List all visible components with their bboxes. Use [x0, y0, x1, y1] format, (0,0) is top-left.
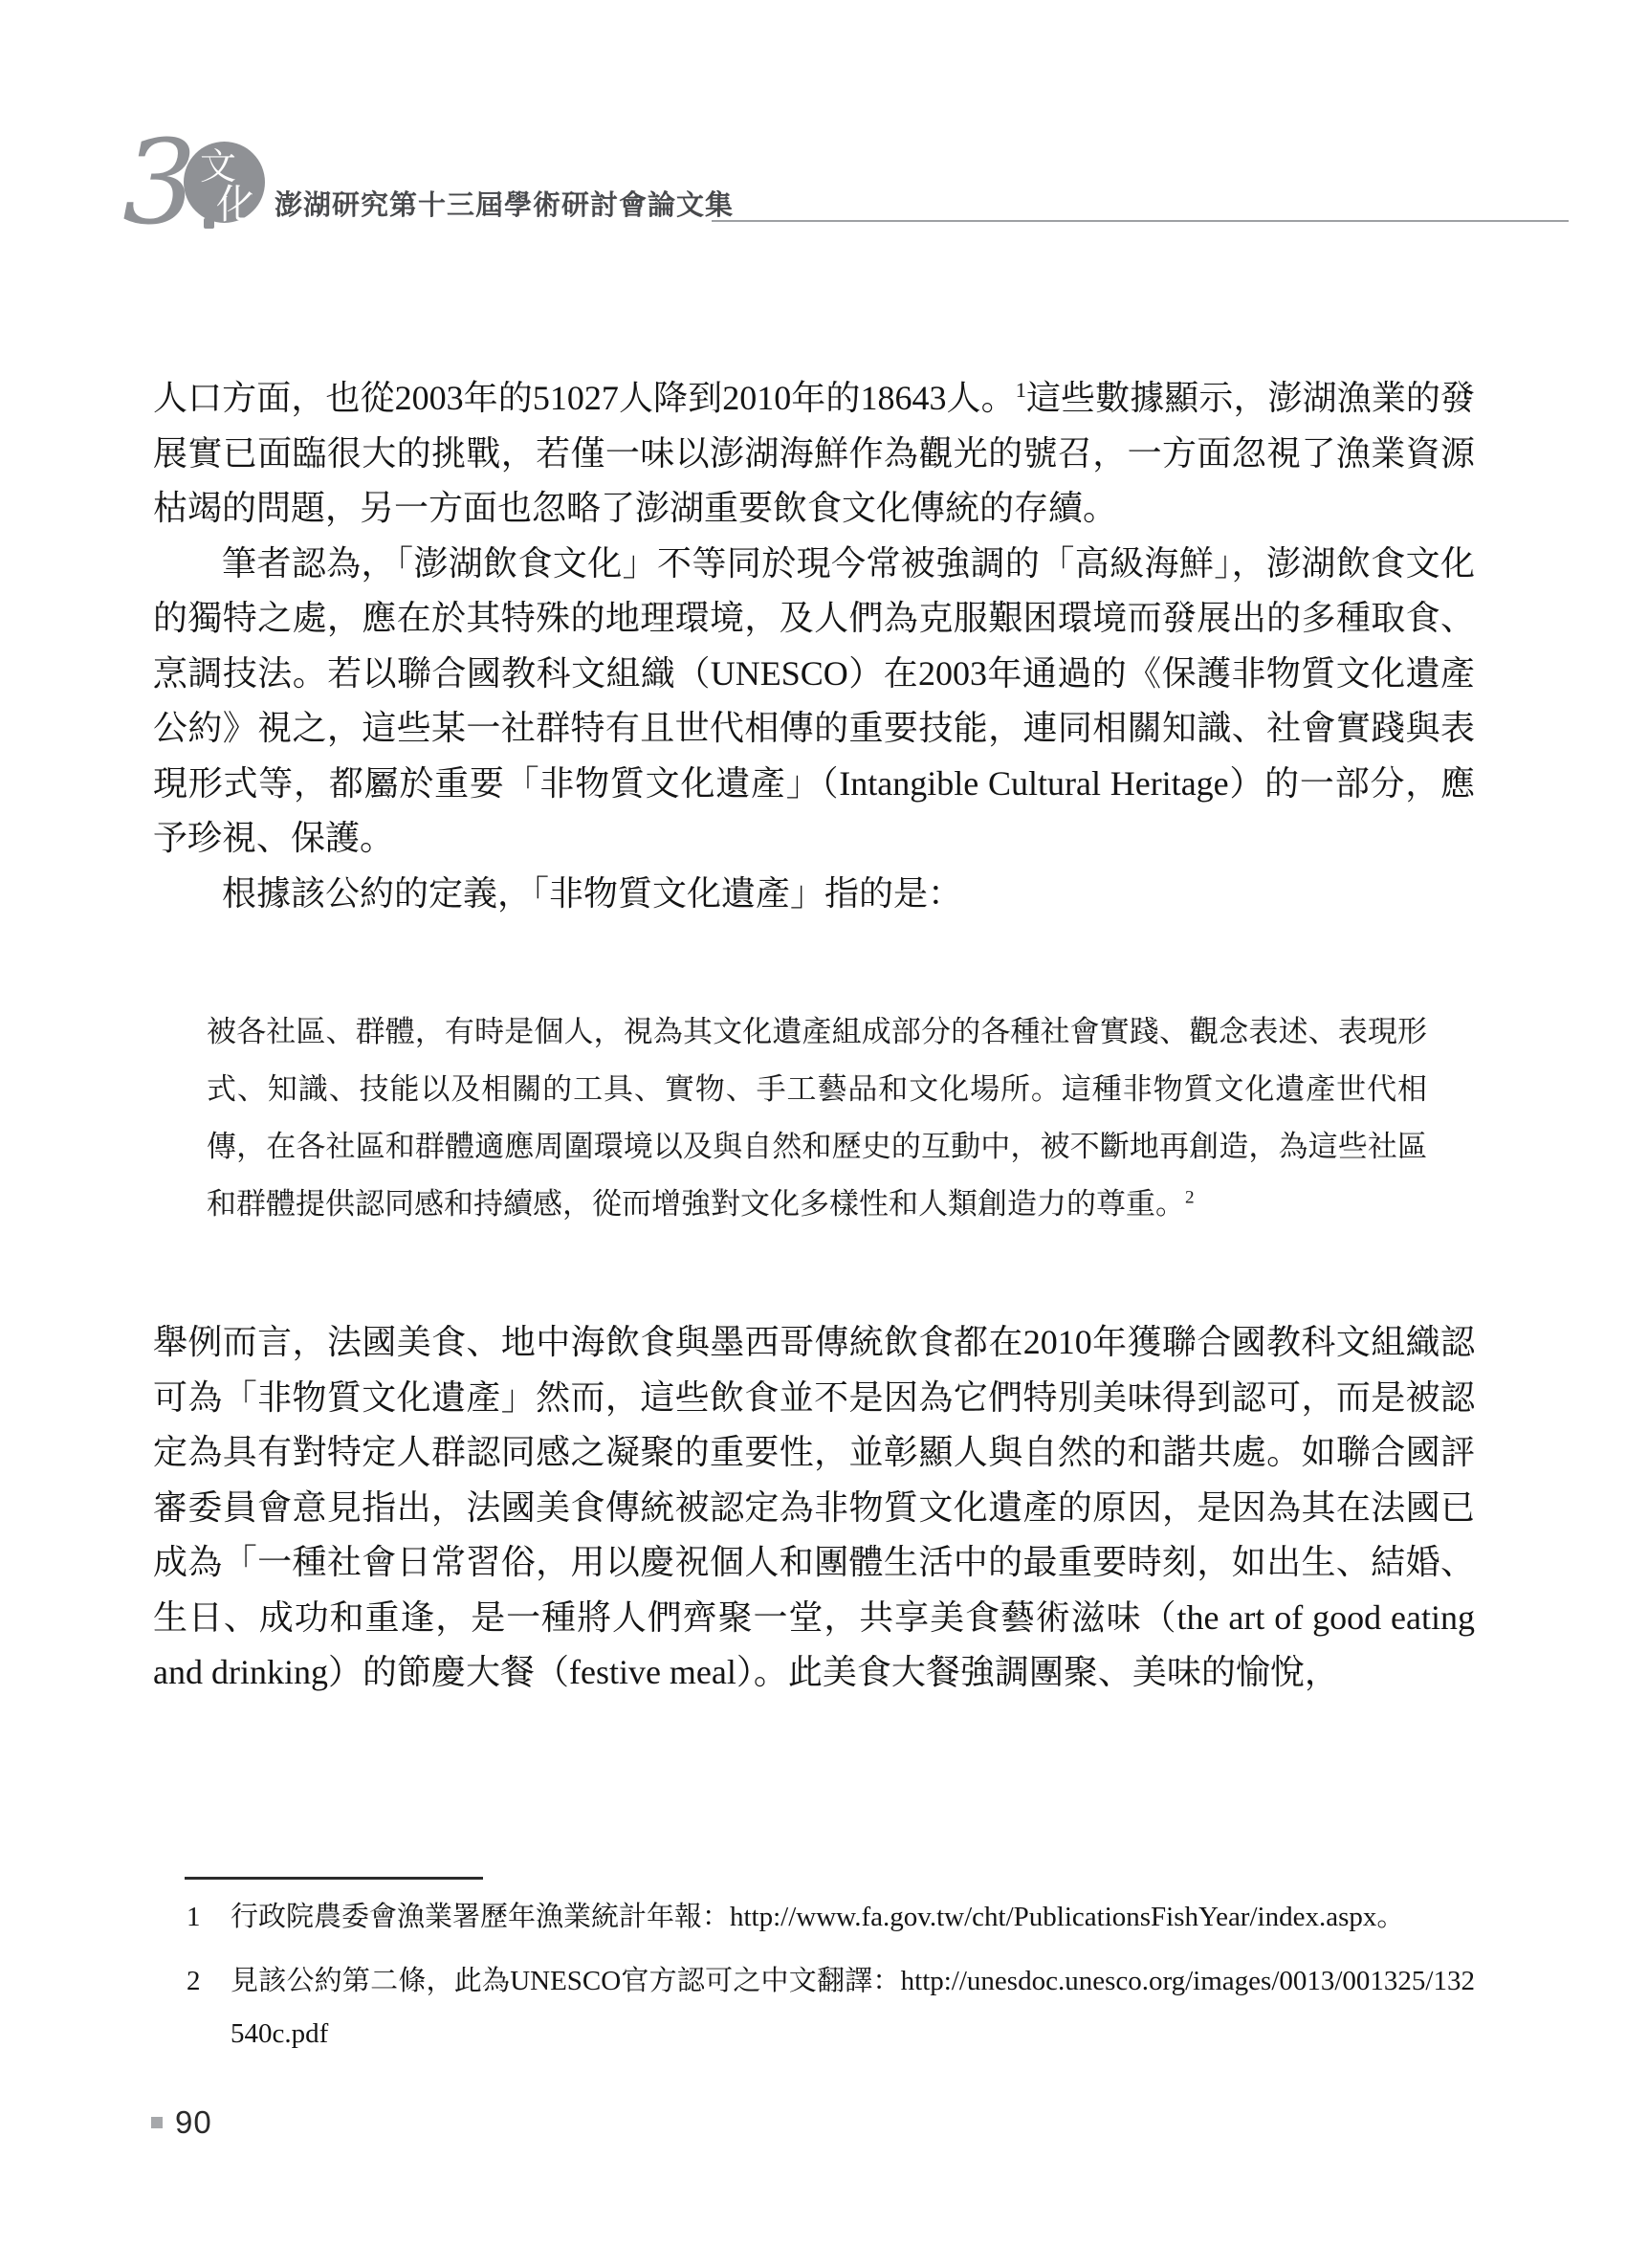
footnote-ref-1: 1	[1016, 378, 1026, 402]
badge-char-wen: 文	[200, 149, 236, 186]
footnotes-section: 1 行政院農委會漁業署歷年漁業統計年報：http://www.fa.gov.tw…	[153, 1877, 1475, 2060]
document-page: 3 文 化 澎湖研究第十三屆學術研討會論文集 人口方面，也從2003年的5102…	[0, 0, 1626, 2268]
footnote-text: 見該公約第二條，此為UNESCO官方認可之中文翻譯：http://unesdoc…	[231, 1955, 1475, 2060]
header-rule	[712, 220, 1569, 222]
paragraph-2: 筆者認為，「澎湖飲食文化」不等同於現今常被強調的「高級海鮮」，澎湖飲食文化的獨特…	[153, 537, 1475, 867]
unesco-definition-quote: 被各社區、群體，有時是個人，視為其文化遺產組成部分的各種社會實踐、觀念表述、表現…	[207, 1003, 1427, 1233]
page-number-bullet-icon	[151, 2117, 163, 2128]
footnote-text: 行政院農委會漁業署歷年漁業統計年報：http://www.fa.gov.tw/c…	[231, 1891, 1475, 1944]
footnote-item-1: 1 行政院農委會漁業署歷年漁業統計年報：http://www.fa.gov.tw…	[153, 1891, 1475, 1944]
paragraph-text: 人口方面，也從2003年的51027人降到2010年的18643人。	[153, 379, 1016, 417]
page-number: 90	[151, 2104, 212, 2141]
footnote-marker: 1	[153, 1891, 231, 1944]
proceedings-title: 澎湖研究第十三屆學術研討會論文集	[275, 184, 734, 223]
paragraph-4: 舉例而言，法國美食、地中海飲食與墨西哥傳統飲食都在2010年獲聯合國教科文組織認…	[153, 1315, 1475, 1701]
footnote-ref-2: 2	[1185, 1188, 1195, 1208]
footnote-marker: 2	[153, 1955, 231, 2060]
badge-char-hua: 化	[216, 186, 256, 226]
paragraph-1: 人口方面，也從2003年的51027人降到2010年的18643人。1這些數據顯…	[153, 371, 1475, 537]
paragraph-3: 根據該公約的定義，「非物質文化遺產」指的是：	[153, 867, 1475, 922]
footnote-separator	[185, 1877, 483, 1880]
footnote-item-2: 2 見該公約第二條，此為UNESCO官方認可之中文翻譯：http://unesd…	[153, 1955, 1475, 2060]
quote-text: 被各社區、群體，有時是個人，視為其文化遺產組成部分的各種社會實踐、觀念表述、表現…	[207, 1015, 1427, 1221]
culture-section-badge-icon: 文 化	[184, 142, 265, 223]
page-number-value: 90	[175, 2104, 212, 2141]
article-body: 人口方面，也從2003年的51027人降到2010年的18643人。1這些數據顯…	[153, 371, 1475, 1701]
